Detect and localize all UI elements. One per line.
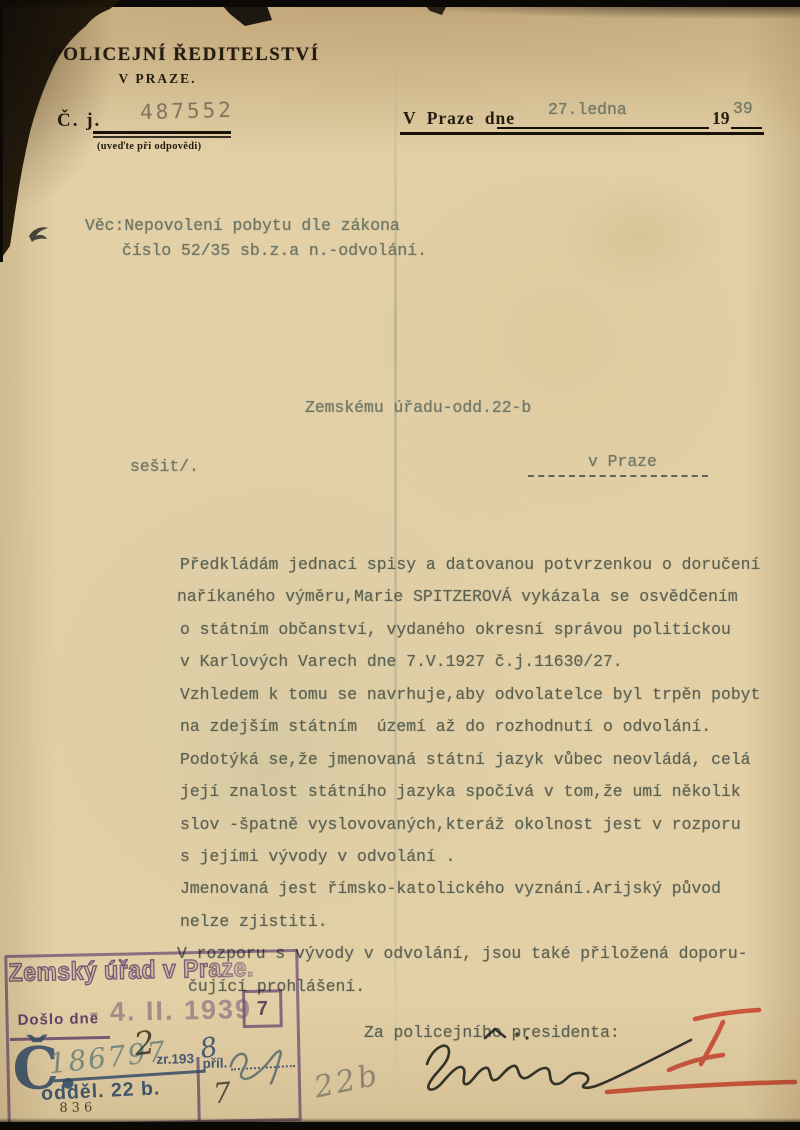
body-line: slov -špatně vyslovovaných,kteráž okolno… bbox=[180, 809, 790, 841]
pencil-note: 22b bbox=[311, 1057, 383, 1105]
typed-year: 39 bbox=[733, 99, 753, 118]
date-rule bbox=[731, 127, 762, 129]
body-line: o státním občanství, vydaného okresní sp… bbox=[180, 614, 790, 646]
stamp-department-number: 7 bbox=[212, 1076, 233, 1110]
recipient: Zemskému úřadu-odd.22-b bbox=[305, 398, 531, 417]
year-prefix: 19 bbox=[712, 108, 730, 129]
recipient-place-underline bbox=[528, 458, 708, 477]
red-pencil-numeral bbox=[593, 1002, 800, 1098]
letter-body: Předkládám jednací spisy a datovanou pot… bbox=[180, 549, 790, 1003]
scan-edge-bottom bbox=[0, 1122, 800, 1130]
date-rule bbox=[400, 132, 764, 135]
received-stamp: Zemský úřad v Praze. 7 Došlo dne - 4. II… bbox=[4, 949, 302, 1127]
body-line: Předkládám jednací spisy a datovanou pot… bbox=[180, 549, 790, 581]
body-line: na zdejším státním území až do rozhodnut… bbox=[180, 711, 790, 743]
body-line: Vzhledem k tomu se navrhuje,aby odvolate… bbox=[180, 679, 790, 711]
paper-stain bbox=[520, 150, 760, 320]
paper: POLICEJNÍ ŘEDITELSTVÍ V PRAZE. 487552 Č.… bbox=[0, 0, 800, 1130]
body-line: Podotýká se,že jmenovaná státní jazyk vů… bbox=[180, 744, 790, 776]
stamp-squiggle-handwriting bbox=[222, 1035, 303, 1089]
stamp-received-label: Došlo dne bbox=[17, 1010, 99, 1029]
stamp-plate-number: 836 bbox=[59, 1100, 96, 1116]
scanned-letter-page: POLICEJNÍ ŘEDITELSTVÍ V PRAZE. 487552 Č.… bbox=[0, 0, 800, 1130]
typed-date: 27.ledna bbox=[548, 100, 627, 119]
stamp-received-date: - 4. II. 1939 bbox=[89, 994, 252, 1028]
date-rule bbox=[497, 127, 709, 129]
torn-corner bbox=[0, 0, 170, 262]
file-note: sešit/. bbox=[130, 457, 199, 476]
body-line: v Karlových Varech dne 7.V.1927 č.j.1163… bbox=[180, 646, 790, 678]
stamp-office-name: Zemský úřad v Praze. bbox=[8, 952, 297, 988]
body-line: Jmenovaná jest římsko-katolického vyznán… bbox=[180, 873, 790, 905]
body-line: nelze zjistiti. bbox=[180, 906, 790, 938]
stamp-year-label: zr.193 bbox=[156, 1051, 194, 1067]
date-place-label: V Praze dne bbox=[403, 108, 515, 129]
body-line: s jejími vývody v odvolání . bbox=[180, 841, 790, 873]
body-line: její znalost státního jazyka spočívá v t… bbox=[180, 776, 790, 808]
body-line: naříkaného výměru,Marie SPITZEROVÁ vykáz… bbox=[177, 581, 790, 613]
